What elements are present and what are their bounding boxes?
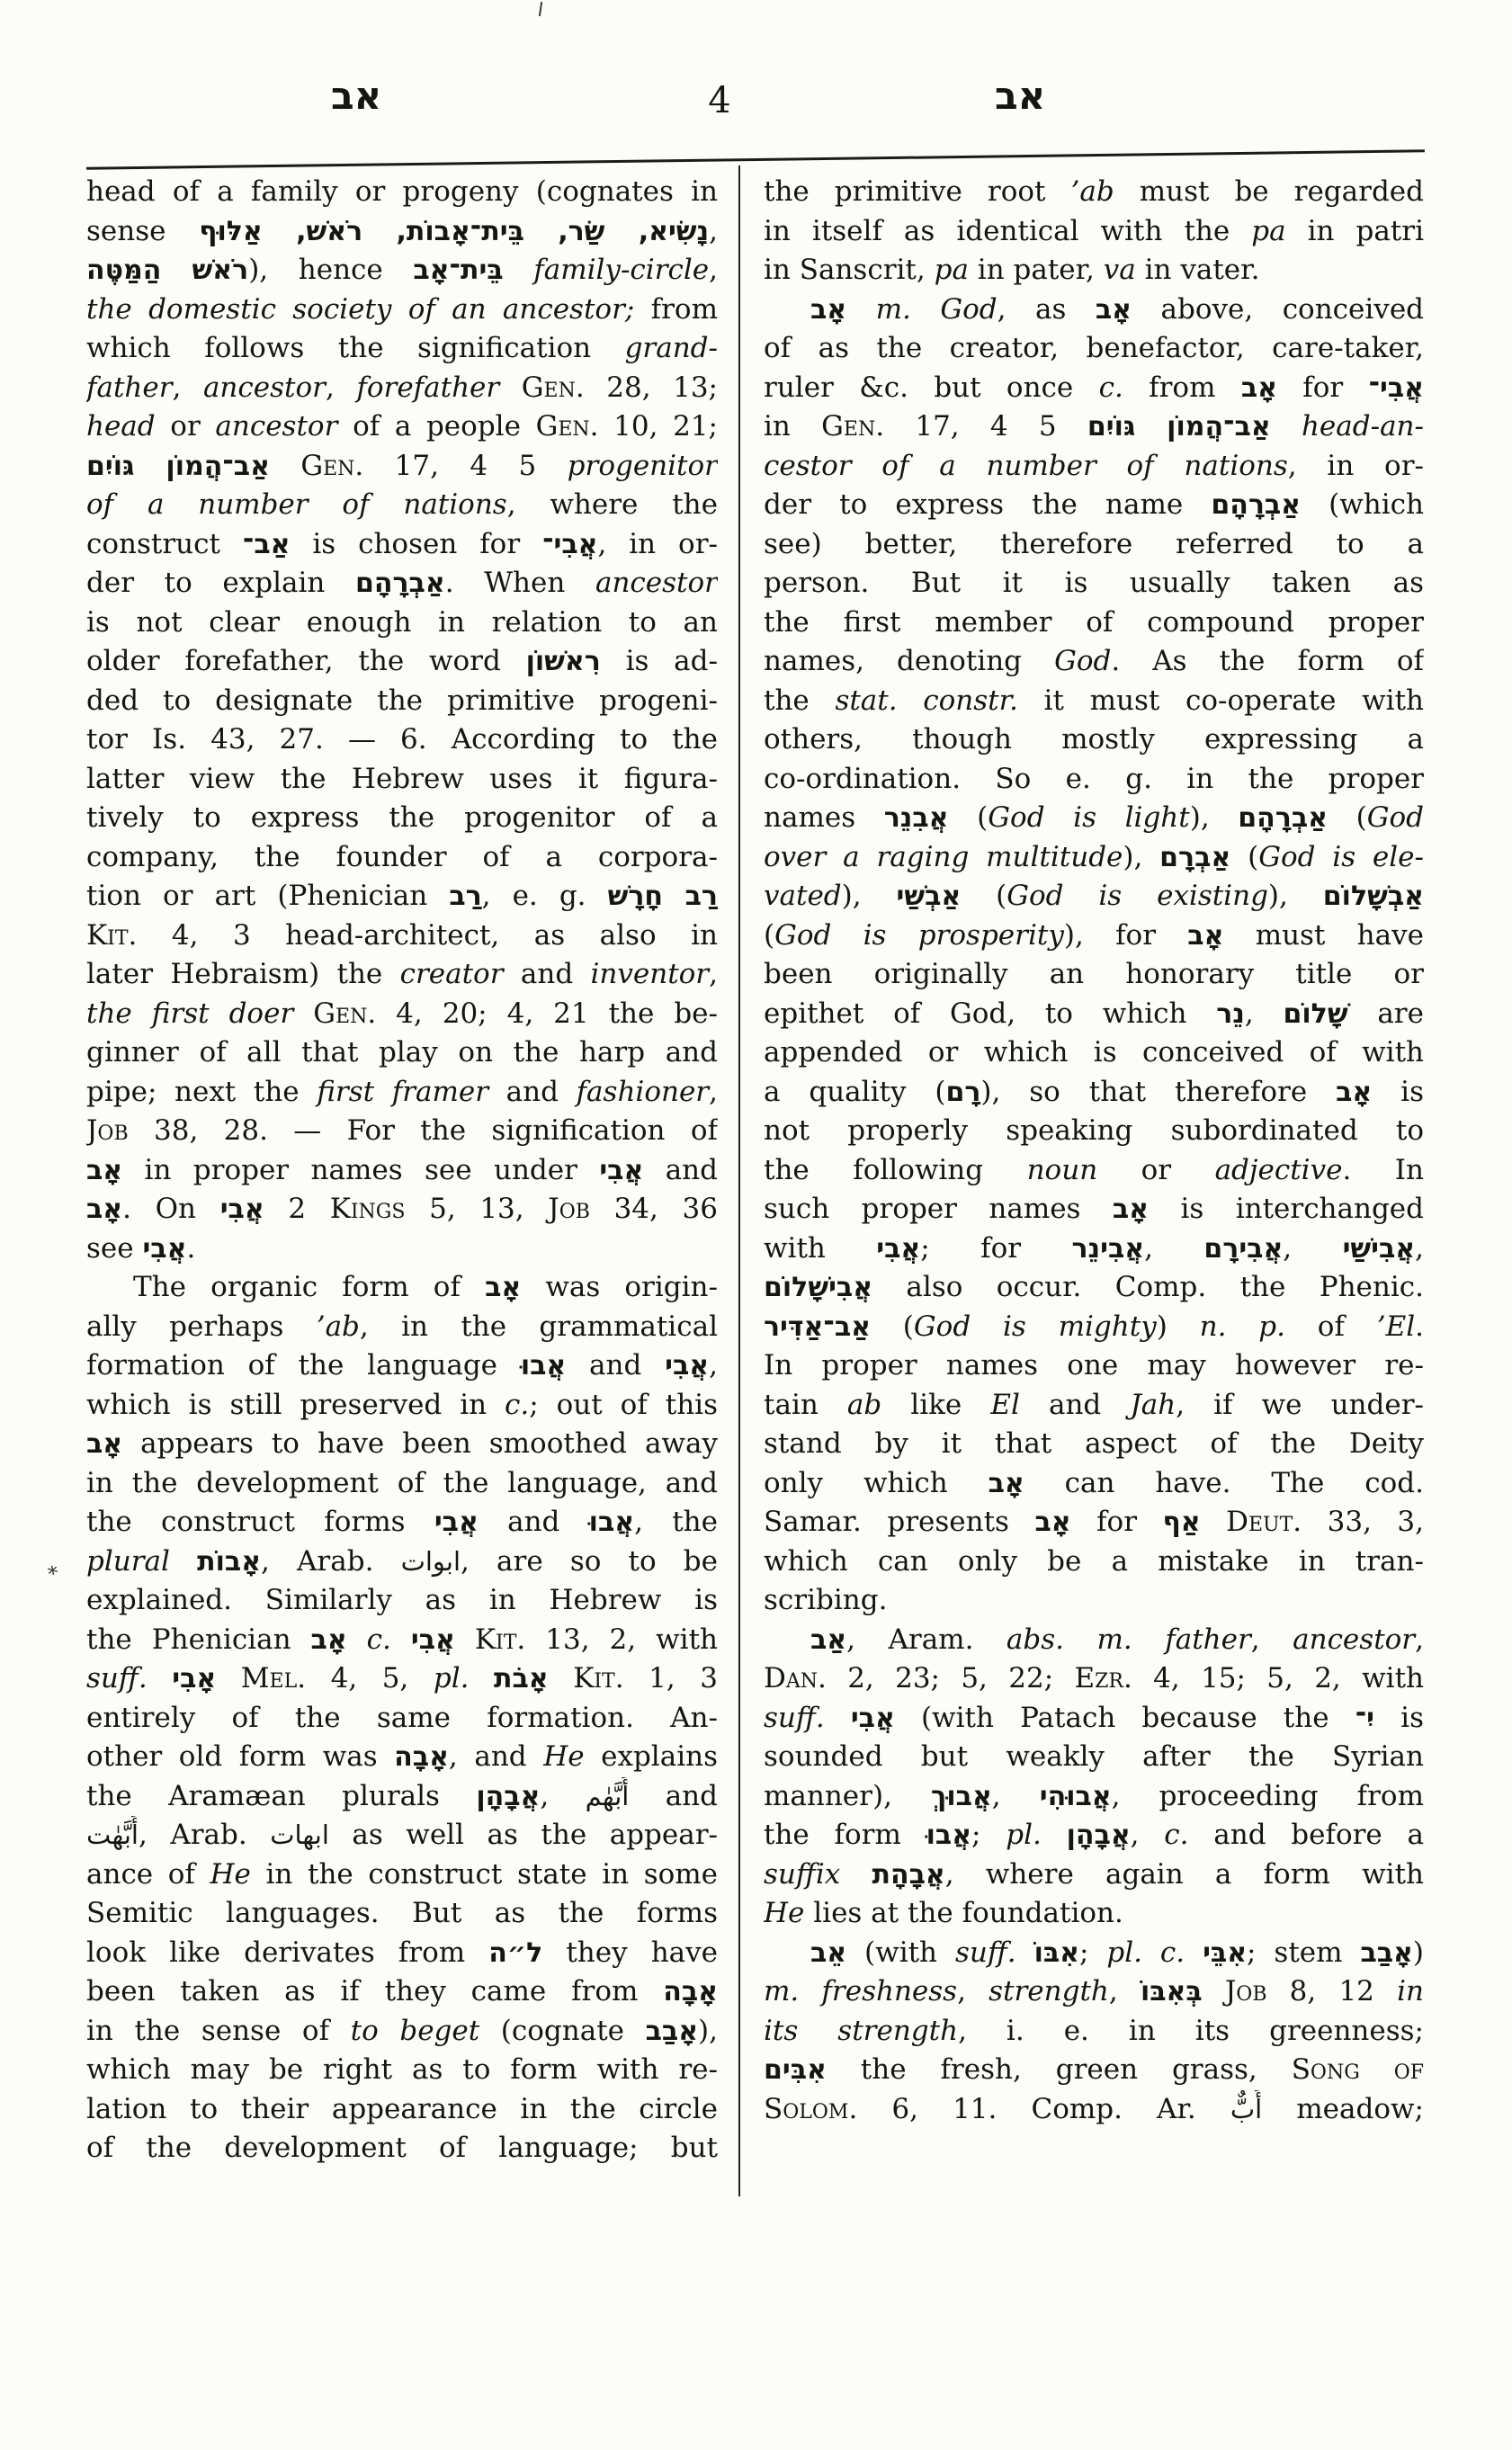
text-line: suff. אֲבִי (with Patach because the יִ־… <box>764 1699 1424 1739</box>
text-line: of as the creator, benefactor, care-take… <box>764 329 1424 369</box>
text-line: the construct forms אֲבִי and אֲבוּ, the <box>86 1503 718 1542</box>
reference-abbrev: Gen. <box>821 410 884 443</box>
arabic-text: أَبٌّ <box>1230 2094 1262 2124</box>
text-line: latter view the Hebrew uses it figura- <box>86 760 718 800</box>
text-line: see) better, therefore referred to a <box>764 525 1424 565</box>
text-line: Samar. presents אָב for אַף Deut. 33, 3, <box>764 1503 1424 1542</box>
hebrew-text: אֲבִישָׁלוֹם <box>764 1272 872 1303</box>
hebrew-text: אָב <box>1096 294 1132 326</box>
hebrew-text: אָב <box>485 1272 521 1303</box>
text-line: אֲבִישָׁלוֹם also occur. Comp. the Pheni… <box>764 1268 1424 1308</box>
italic-text: creator <box>400 958 504 990</box>
italic-text: first framer <box>317 1076 488 1108</box>
text-line: ruler &c. but once c. from אָב for אֲבִי… <box>764 369 1424 408</box>
text-line: not properly speaking subordinated to <box>764 1112 1424 1151</box>
text-line: tain ab like El and Jah, if we under- <box>764 1386 1424 1426</box>
text-line: der to express the name אַבְרָהָם (which <box>764 486 1424 525</box>
hebrew-text: אָב <box>1113 1194 1149 1225</box>
text-line: m. freshness, strength, בְּאִבּוֹ Job 8,… <box>764 1972 1424 2012</box>
hebrew-text: רָם <box>945 1077 980 1108</box>
text-line: other old form was אָבָה, and He explain… <box>86 1738 718 1777</box>
text-line: ance of He in the construct state in som… <box>86 1855 718 1895</box>
text-line: appended or which is conceived of with <box>764 1033 1424 1073</box>
italic-text: cestor of a number of nations <box>764 450 1288 482</box>
text-line: the primitive root ’ab must be regarded <box>764 173 1424 212</box>
text-line: stand by it that aspect of the Deity <box>764 1425 1424 1464</box>
hebrew-text: אֲבִי <box>142 1233 186 1265</box>
text-line: The organic form of אָב was origin- <box>86 1268 718 1308</box>
italic-text: El <box>990 1389 1020 1421</box>
text-line: der to explain אַבְרָהָם. When ancestor <box>86 564 718 604</box>
text-line: אִבִּים the fresh, green grass, Song of <box>764 2051 1424 2090</box>
italic-text: strength <box>989 1975 1109 2007</box>
italic-text: suffix <box>764 1858 840 1891</box>
italic-text: the domestic society of an ancestor; <box>86 293 634 326</box>
reference-abbrev: Song of <box>1292 2053 1424 2086</box>
page-number: 4 <box>693 83 747 119</box>
text-line: sense נָשִׂיא, שַׂר, בֵּית־אָבוֹת, רֹאשׁ… <box>86 212 718 252</box>
hebrew-text: אֲבוּ <box>926 1820 971 1851</box>
hebrew-text: אֲבִי <box>434 1507 479 1538</box>
hebrew-text: אָבִי <box>172 1663 216 1694</box>
hebrew-text: אָב <box>1187 920 1223 952</box>
text-line: later Hebraism) the creator and inventor… <box>86 955 718 995</box>
italic-text: ab <box>847 1389 881 1421</box>
text-line: in Sanscrit, pa in pater, va in vater. <box>764 251 1424 291</box>
text-line: head or ancestor of a people Gen. 10, 21… <box>86 407 718 447</box>
italic-text: ancestor <box>215 410 337 443</box>
text-line: its strength, i. e. in its greenness; <box>764 2012 1424 2052</box>
hebrew-text: רֹאשׁ הַמַּטֶּה <box>86 255 248 286</box>
text-line: pipe; next the first framer and fashione… <box>86 1073 718 1113</box>
italic-text: ’ab <box>317 1310 360 1343</box>
reference-abbrev: Gen. <box>536 410 599 443</box>
text-line: the Aramæan plurals אֲבָהָן, أَبَّهٰم an… <box>86 1777 718 1817</box>
italic-text: c. <box>1164 1819 1188 1851</box>
text-line: manner), אֲבוּךְ, אֲבוּהִי, proceeding f… <box>764 1777 1424 1817</box>
hebrew-text: אֲבִי־ <box>542 529 597 560</box>
scan-artifact <box>539 2 542 16</box>
hebrew-text: אָב <box>1241 372 1277 404</box>
hebrew-text: אָב <box>810 294 846 326</box>
reference-abbrev: Mel. <box>241 1662 306 1694</box>
text-line: explained. Similarly as in Hebrew is <box>86 1581 718 1621</box>
text-line: Job 38, 28. — For the signification of <box>86 1112 718 1151</box>
hebrew-text: אַף <box>1163 1507 1201 1538</box>
hebrew-text: אֲבִי־ <box>1369 372 1424 404</box>
text-line: suff. אָבִי Mel. 4, 5, pl. אָבֹת Kit. 1,… <box>86 1659 718 1699</box>
hebrew-text: אֲבִי <box>665 1350 709 1381</box>
italic-text: fashioner <box>577 1076 710 1108</box>
reference-abbrev: Gen. <box>522 371 585 404</box>
hebrew-text: אֲבָהָן <box>1067 1820 1131 1851</box>
text-line: אָב m. God, as אָב above, conceived <box>764 291 1424 330</box>
text-line: epithet of God, to which נֵר, שָׁלוֹם ar… <box>764 995 1424 1034</box>
hebrew-text: אָב <box>86 1194 122 1225</box>
italic-text: God is existing <box>1007 880 1268 912</box>
text-line: father, ancestor, forefather Gen. 28, 13… <box>86 369 718 408</box>
text-line: tor Is. 43, 27. — 6. According to the <box>86 720 718 760</box>
text-line: the stat. constr. it must co-operate wit… <box>764 682 1424 721</box>
hebrew-text: אָב <box>1336 1077 1372 1108</box>
hebrew-text: אָב <box>311 1624 347 1656</box>
italic-text: head <box>86 410 156 443</box>
arabic-text: أَبَّهٰم <box>586 1781 630 1811</box>
hebrew-text: אֲבִי <box>599 1155 643 1186</box>
italic-text: n. p. <box>1200 1310 1285 1343</box>
text-line: lation to their appearance in the circle <box>86 2090 718 2130</box>
text-line: Dan. 2, 23; 5, 22; Ezr. 4, 15; 5, 2, wit… <box>764 1659 1424 1699</box>
text-line: been taken as if they came from אָבָה <box>86 1972 718 2012</box>
dictionary-page: אב 4 אב * head of a family or progeny (c… <box>0 0 1512 2450</box>
italic-text: of a number of nations <box>86 488 507 521</box>
text-line: the Phenician אָב c. אֲבִי Kit. 13, 2, w… <box>86 1621 718 1660</box>
hebrew-text: אִבֵּי <box>1203 1937 1247 1969</box>
italic-text: adjective <box>1215 1154 1343 1186</box>
italic-text: head-an- <box>1302 410 1424 443</box>
italic-text: God is light <box>988 801 1189 834</box>
italic-text: God is prosperity <box>774 919 1064 952</box>
text-line: He lies at the foundation. <box>764 1894 1424 1934</box>
hebrew-text: אַב <box>810 1624 846 1656</box>
italic-text: suff. <box>764 1702 825 1734</box>
reference-abbrev: Job <box>86 1114 129 1147</box>
italic-text: over a raging multitude <box>764 841 1123 873</box>
italic-text: grand- <box>625 332 718 364</box>
text-line: the first member of compound proper <box>764 604 1424 643</box>
hebrew-text: אַבְשָׁלוֹם <box>1323 881 1424 912</box>
reference-abbrev: Dan. <box>764 1662 827 1694</box>
column-right: the primitive root ’ab must be regardedi… <box>764 173 1424 2129</box>
column-divider <box>738 165 740 2196</box>
hebrew-text: אָבָה <box>663 1976 718 2007</box>
italic-text: God is mighty <box>914 1310 1157 1343</box>
text-line: only which אָב can have. The cod. <box>764 1464 1424 1504</box>
hebrew-text: אָבֹת <box>494 1663 549 1694</box>
italic-text: He <box>210 1858 251 1891</box>
reference-abbrev: Gen. <box>313 997 376 1030</box>
hebrew-text: אֲבָהָן <box>476 1781 540 1812</box>
hebrew-text: אֲבִירָם <box>1203 1233 1283 1265</box>
text-line: Semitic languages. But as the forms <box>86 1894 718 1934</box>
italic-text: c. <box>1099 371 1123 404</box>
hebrew-text: אֲבוּהִי <box>1040 1781 1112 1812</box>
hebrew-text: אָב <box>86 1428 122 1460</box>
text-line: scribing. <box>764 1581 1424 1621</box>
reference-abbrev: Gen. <box>300 450 363 482</box>
hebrew-text: אָב <box>989 1468 1024 1499</box>
hebrew-text: בְּאִבּוֹ <box>1141 1976 1203 2007</box>
italic-text: c. <box>505 1389 529 1421</box>
text-line: is not clear enough in relation to an <box>86 604 718 643</box>
text-line: in the development of the language, and <box>86 1464 718 1504</box>
text-line: names, denoting God. As the form of <box>764 642 1424 682</box>
hebrew-text: אֲבִי <box>220 1194 264 1225</box>
text-line: tion or art (Phenician רַב, e. g. רַב חָ… <box>86 877 718 917</box>
text-line: over a raging multitude), אַבְרָם (God i… <box>764 838 1424 878</box>
text-line: the following noun or adjective. In <box>764 1151 1424 1191</box>
italic-text: pa <box>935 254 969 286</box>
italic-text: ancestor <box>595 567 718 599</box>
text-line: אֵב (with suff. אִבּוֹ; pl. c. אִבֵּי; s… <box>764 1934 1424 1973</box>
margin-mark: * <box>47 1562 61 1587</box>
text-line: of the development of language; but <box>86 2129 718 2168</box>
reference-abbrev: Job <box>1225 1975 1267 2007</box>
hebrew-text: נֵר <box>1216 998 1245 1030</box>
hebrew-text: אֲבוּ <box>521 1350 566 1381</box>
text-line: cestor of a number of nations, in or- <box>764 447 1424 487</box>
text-line: construct אַב־ is chosen for אֲבִי־, in … <box>86 525 718 565</box>
italic-text: m. God <box>876 293 998 326</box>
italic-text: abs. m. father <box>1007 1623 1251 1656</box>
text-line: suffix אֲבָהָת, where again a form with <box>764 1855 1424 1895</box>
text-line: older forefather, the word רִאשׁוֹן is a… <box>86 642 718 682</box>
header-rule <box>86 149 1425 169</box>
running-head-right: אב <box>995 77 1045 115</box>
hebrew-text: אֲבוּךְ <box>931 1781 992 1812</box>
text-line: look like derivates from ל״ה they have <box>86 1934 718 1973</box>
hebrew-text: אַבְרָהָם <box>1238 802 1328 834</box>
text-line: רֹאשׁ הַמַּטֶּה), hence בֵּית־אָב family… <box>86 251 718 291</box>
hebrew-text: אֵב <box>810 1937 846 1969</box>
arabic-text: أَبَّهٰت <box>86 1820 139 1850</box>
text-line: אָב. On אֲבִי 2 Kings 5, 13, Job 34, 36 <box>86 1190 718 1229</box>
reference-abbrev: Job <box>548 1193 590 1225</box>
italic-text: to beget <box>351 2015 480 2047</box>
italic-text: He <box>764 1897 804 1929</box>
italic-text: Jah <box>1130 1389 1176 1421</box>
italic-text: suff. <box>955 1936 1016 1969</box>
text-line: אָב appears to have been smoothed away <box>86 1425 718 1464</box>
hebrew-text: בֵּית־אָב <box>413 255 503 286</box>
text-line: אַב, Aram. abs. m. father, ancestor, <box>764 1621 1424 1660</box>
text-line: tively to express the progenitor of a <box>86 799 718 838</box>
hebrew-text: אָב <box>1034 1507 1070 1538</box>
hebrew-text: אַב־הֲמוֹן גּוֹיִם <box>86 451 270 482</box>
italic-text: vated <box>764 880 842 912</box>
italic-text: pl. <box>1006 1819 1042 1851</box>
text-line: formation of the language אֲבוּ and אֲבִ… <box>86 1346 718 1386</box>
text-line: head of a family or progeny (cognates in <box>86 173 718 212</box>
italic-text: ancestor <box>1293 1623 1415 1656</box>
hebrew-text: אָבַב <box>646 2016 698 2047</box>
italic-text: ’ab <box>1071 175 1114 208</box>
text-line: been originally an honorary title or <box>764 955 1424 995</box>
hebrew-text: אִבִּים <box>764 2054 827 2086</box>
text-line: vated), אַבְשַׁי (God is existing), אַבְ… <box>764 877 1424 917</box>
reference-abbrev: Ezr. <box>1074 1662 1132 1694</box>
reference-abbrev: Kings <box>330 1193 406 1225</box>
italic-text: God <box>1367 801 1424 834</box>
text-line: such proper names אָב is interchanged <box>764 1190 1424 1229</box>
hebrew-text: אַבְרָהָם <box>1211 489 1301 521</box>
text-line: which follows the signification grand- <box>86 329 718 369</box>
reference-abbrev: Kit. <box>475 1623 525 1656</box>
italic-text: God <box>1054 645 1111 677</box>
text-line: plural אָבוֹת, Arab. ابوات, are so to be <box>86 1542 718 1582</box>
hebrew-text: אַב־הֲמוֹן גּוֹיִם <box>1087 411 1271 443</box>
hebrew-text: אֲבִי <box>411 1624 455 1656</box>
hebrew-text: אֲבִי <box>851 1703 895 1734</box>
italic-text: pl. <box>434 1662 470 1694</box>
text-line: (God is prosperity), for אָב must have <box>764 917 1424 956</box>
text-line: company, the founder of a corpora- <box>86 838 718 878</box>
text-line: of a number of nations, where the <box>86 486 718 525</box>
hebrew-text: אִבּוֹ <box>1034 1937 1079 1969</box>
hebrew-text: ל״ה <box>488 1937 542 1969</box>
reference-abbrev: Kit. <box>573 1662 623 1694</box>
hebrew-text: אַב־ <box>243 529 291 560</box>
text-line: ginner of all that play on the harp and <box>86 1033 718 1073</box>
text-line: person. But it is usually taken as <box>764 564 1424 604</box>
italic-text: va <box>1104 254 1136 286</box>
text-line: which is still preserved in c.; out of t… <box>86 1386 718 1426</box>
reference-abbrev: Solom. <box>764 2093 857 2125</box>
text-line: אַב־הֲמוֹן גּוֹיִם Gen. 17, 4 5 progenit… <box>86 447 718 487</box>
italic-text: pl. c. <box>1106 1936 1185 1969</box>
hebrew-text: רַב חָרָשׁ <box>608 881 718 912</box>
italic-text: c. <box>367 1623 391 1656</box>
text-line: with אֲבִי; for אֲבִינֵר, אֲבִירָם, אֲבִ… <box>764 1229 1424 1269</box>
italic-text: stat. constr. <box>835 684 1017 717</box>
hebrew-text: יִ־ <box>1355 1703 1374 1734</box>
text-line: in Gen. 17, 4 5 אַב־הֲמוֹן גּוֹיִם head-… <box>764 407 1424 447</box>
arabic-text: ابهات <box>270 1820 329 1850</box>
text-line: ally perhaps ’ab, in the grammatical <box>86 1308 718 1347</box>
italic-text: father <box>86 371 173 404</box>
hebrew-text: אָבַב <box>1360 1937 1412 1969</box>
running-head-left: אב <box>331 77 381 115</box>
text-line: In proper names one may however re- <box>764 1346 1424 1386</box>
italic-text: m. freshness <box>764 1975 957 2007</box>
hebrew-text: רִאשׁוֹן <box>526 646 601 677</box>
text-line: in the sense of to beget (cognate אָבַב)… <box>86 2012 718 2052</box>
italic-text: in <box>1397 1975 1424 2007</box>
italic-text: the first doer <box>86 997 293 1030</box>
reference-abbrev: Kit. <box>86 919 137 952</box>
text-line: others, though mostly expressing a <box>764 720 1424 760</box>
italic-text: suff. <box>86 1662 148 1694</box>
text-line: in itself as identical with the pa in pa… <box>764 212 1424 252</box>
text-line: which can only be a mistake in tran- <box>764 1542 1424 1582</box>
text-line: the domestic society of an ancestor; fro… <box>86 291 718 330</box>
hebrew-text: אֲבִנֵר <box>884 802 949 834</box>
hebrew-text: רַב <box>449 881 481 912</box>
italic-text: its strength <box>764 2015 958 2047</box>
column-left: head of a family or progeny (cognates in… <box>86 173 718 2168</box>
hebrew-text: אֲבוּ <box>589 1507 634 1538</box>
text-line: sounded but weakly after the Syrian <box>764 1738 1424 1777</box>
text-line: Solom. 6, 11. Comp. Ar. أَبٌّ meadow; <box>764 2090 1424 2130</box>
italic-text: inventor <box>590 958 709 990</box>
italic-text: He <box>543 1740 584 1773</box>
italic-text: God is ele- <box>1258 841 1424 873</box>
hebrew-text: אַבְשַׁי <box>897 881 962 912</box>
text-line: entirely of the same formation. An- <box>86 1699 718 1739</box>
text-line: أَبَّهٰت, Arab. ابهات as well as the app… <box>86 1816 718 1855</box>
text-line: a quality (רָם), so that therefore אָב i… <box>764 1073 1424 1113</box>
text-line: co-ordination. So e. g. in the proper <box>764 760 1424 800</box>
reference-abbrev: Deut. <box>1226 1506 1302 1538</box>
hebrew-text: נָשִׂיא, שַׂר, בֵּית־אָבוֹת, רֹאשׁ, אַלּ… <box>199 216 709 247</box>
hebrew-text: אֲבָהָת <box>872 1859 944 1891</box>
italic-text: ancestor <box>203 371 326 404</box>
text-line: ded to designate the primitive progeni- <box>86 682 718 721</box>
text-line: names אֲבִנֵר (God is light), אַבְרָהָם … <box>764 799 1424 838</box>
text-line: the first doer Gen. 4, 20; 4, 21 the be- <box>86 995 718 1034</box>
text-line: אָב in proper names see under אֲבִי and <box>86 1151 718 1191</box>
arabic-text: ابوات <box>401 1546 461 1577</box>
hebrew-text: שָׁלוֹם <box>1283 998 1347 1030</box>
text-line: Kit. 4, 3 head-architect, as also in <box>86 917 718 956</box>
italic-text: pa <box>1251 215 1285 247</box>
hebrew-text: אַבְרָם <box>1159 842 1230 873</box>
hebrew-text: אֲבִי <box>876 1233 920 1265</box>
hebrew-text: אָב <box>86 1155 122 1186</box>
text-line: which may be right as to form with re- <box>86 2051 718 2090</box>
hebrew-text: אָבָה <box>394 1741 449 1773</box>
italic-text: noun <box>1027 1154 1098 1186</box>
italic-text: ’El <box>1377 1310 1415 1343</box>
italic-text: family-circle <box>533 254 709 286</box>
italic-text: forefather <box>356 371 499 404</box>
text-line: אַב־אַדִּיר (God is mighty) n. p. of ’El… <box>764 1308 1424 1347</box>
hebrew-text: אֲבִישַׁי <box>1343 1233 1416 1265</box>
text-line: see אֲבִי. <box>86 1229 718 1269</box>
hebrew-text: אַבְרָהָם <box>355 568 445 599</box>
text-line: the form אֲבוּ; pl. אֲבָהָן, c. and befo… <box>764 1816 1424 1855</box>
italic-text: plural <box>86 1545 170 1578</box>
italic-text: progenitor <box>568 450 718 482</box>
hebrew-text: אָבוֹת <box>197 1546 261 1578</box>
hebrew-text: אֲבִינֵר <box>1071 1233 1144 1265</box>
hebrew-text: אַב־אַדִּיר <box>764 1311 871 1343</box>
